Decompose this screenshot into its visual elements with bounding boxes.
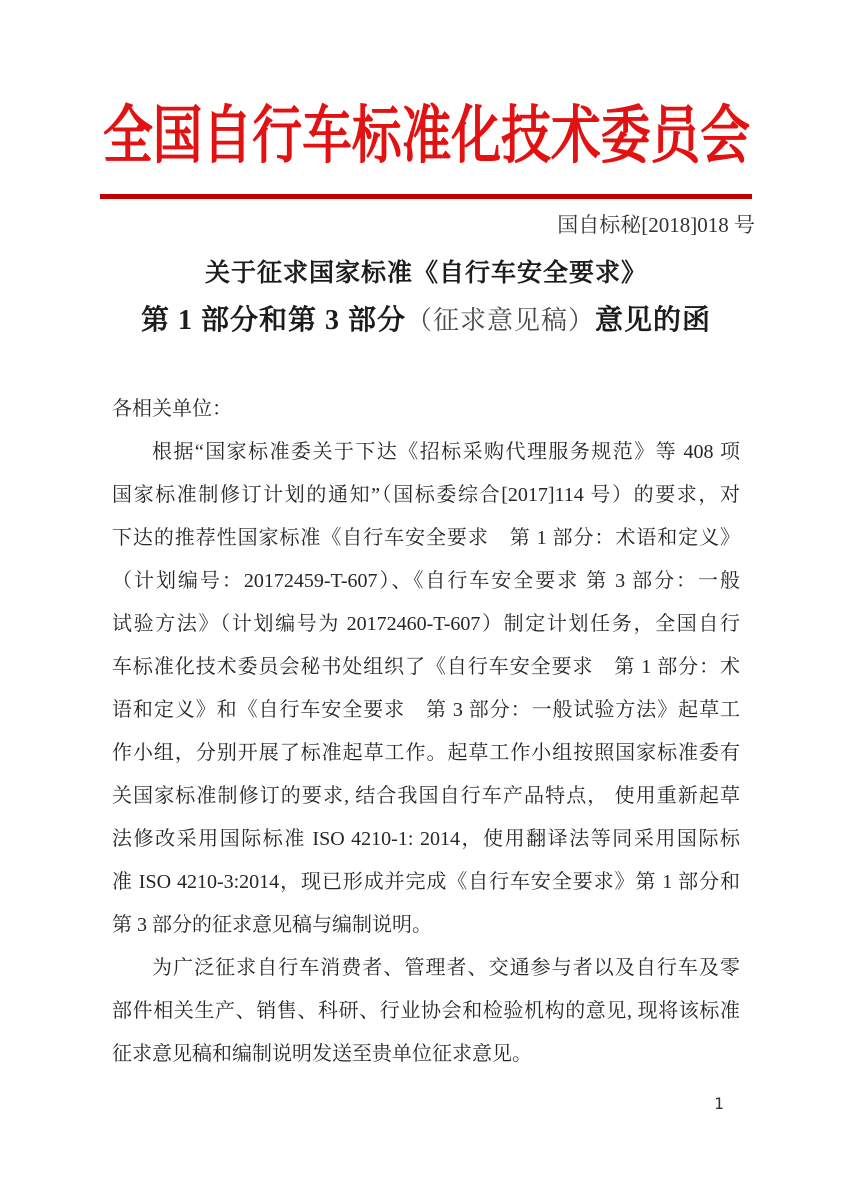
document-number: 国自标秘[2018]018 号 (112, 209, 755, 239)
body-line: 第 3 部分的征求意见稿与编制说明。 (112, 904, 740, 947)
doc-title-line2: 第 1 部分和第 3 部分（征求意见稿）意见的函 (112, 298, 740, 338)
body-line: 作小组，分别开展了标准起草工作。起草工作小组按照国家标准委有 (112, 732, 740, 775)
document-content: 全国自行车标准化技术委员会 国自标秘[2018]018 号 关于征求国家标准《自… (0, 90, 849, 1076)
body-line: 准 ISO 4210-3:2014，现已形成并完成《自行车安全要求》第 1 部分… (112, 861, 740, 904)
title-segment-bold: 意见的函 (595, 305, 711, 336)
document-page: 全国自行车标准化技术委员会 国自标秘[2018]018 号 关于征求国家标准《自… (0, 0, 849, 1200)
doc-title-line1: 关于征求国家标准《自行车安全要求》 (112, 253, 740, 289)
body-lines: 各相关单位：根据“国家标准委关于下达《招标采购代理服务规范》等 408 项国家标… (112, 388, 740, 1076)
body-line: 试验方法》（计划编号为 20172460-T-607）制定计划任务，全国自行 (112, 603, 740, 646)
body-line: 各相关单位： (112, 388, 740, 431)
body-line: 根据“国家标准委关于下达《招标采购代理服务规范》等 408 项 (112, 431, 740, 474)
body-line: 下达的推荐性国家标准《自行车安全要求 第 1 部分：术语和定义》 (112, 517, 740, 560)
body-line: 关国家标准制修订的要求, 结合我国自行车产品特点， 使用重新起草 (112, 775, 740, 818)
org-title: 全国自行车标准化技术委员会 (102, 85, 749, 176)
body-line: 语和定义》和《自行车安全要求 第 3 部分：一般试验方法》起草工 (112, 689, 740, 732)
body-line: （计划编号：20172459-T-607）、《自行车安全要求 第 3 部分：一般 (112, 560, 740, 603)
body-line: 国家标准制修订计划的通知”（国标委综合[2017]114 号）的要求，对 (112, 474, 740, 517)
body-line: 为广泛征求自行车消费者、管理者、交通参与者以及自行车及零 (112, 947, 740, 990)
body-line: 部件相关生产、销售、科研、行业协会和检验机构的意见, 现将该标准 (112, 990, 740, 1033)
body-line: 法修改采用国际标准 ISO 4210-1: 2014，使用翻译法等同采用国际标 (112, 818, 740, 861)
letterhead: 全国自行车标准化技术委员会 (112, 90, 740, 170)
letterhead-divider (100, 194, 752, 199)
title-segment-parenthetical: （征求意见稿） (406, 306, 595, 335)
page-number: 1 (714, 1094, 724, 1113)
body-line: 征求意见稿和编制说明发送至贵单位征求意见。 (112, 1033, 740, 1076)
title-segment-bold: 第 1 部分和第 3 部分 (141, 305, 406, 336)
body-line: 车标准化技术委员会秘书处组织了《自行车安全要求 第 1 部分：术 (112, 646, 740, 689)
